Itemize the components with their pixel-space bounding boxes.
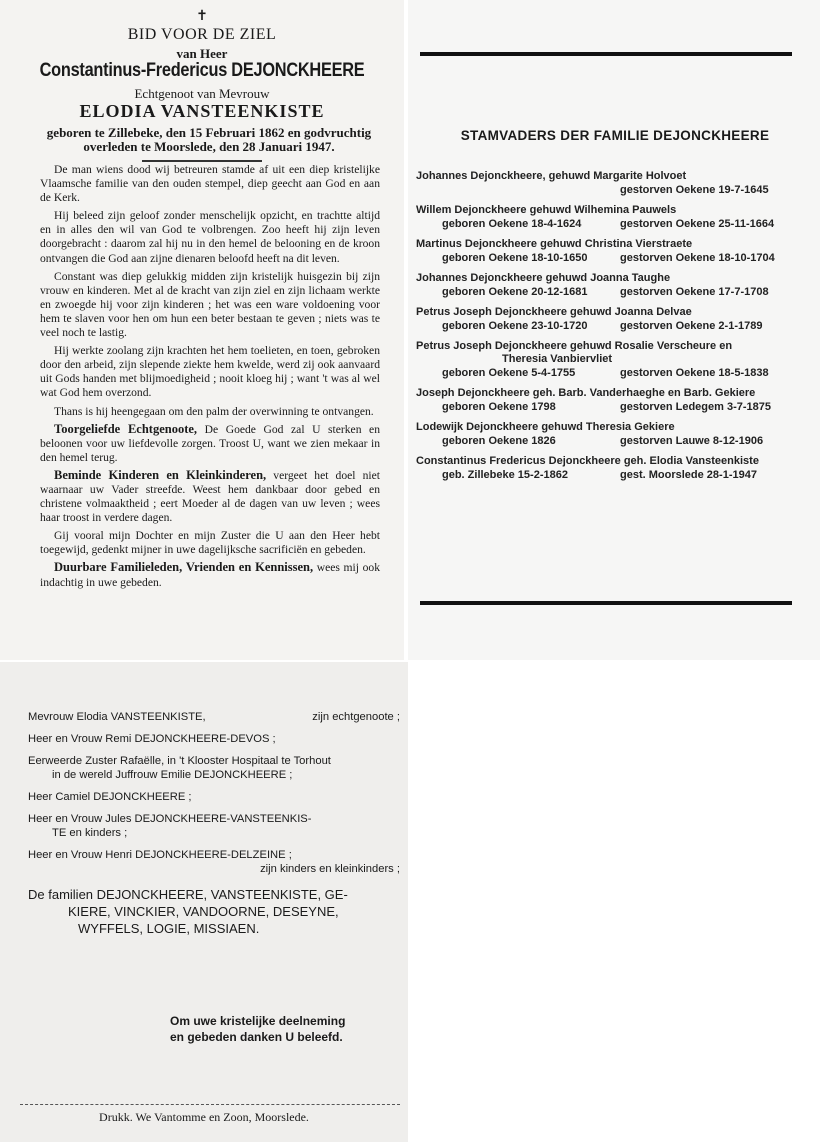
mourner-entry: Mevrouw Elodia VANSTEENKISTE,zijn echtge… [28,710,400,724]
deceased-name: Constantinus-Fredericus DEJONCKHEERE [28,60,375,82]
paragraph: Thans is hij heengegaan om den palm der … [40,404,380,419]
paragraph: Hij beleed zijn geloof zonder menschelij… [40,208,380,265]
generation-entry: Constantinus Fredericus Dejonckheere geh… [416,455,806,482]
generation-entry: Lodewijk Dejonckheere gehuwd Theresia Ge… [416,421,806,448]
mourner-entry: Eerweerde Zuster Rafaëlle, in 't Klooste… [28,754,400,782]
paragraph: Hij werkte zoolang zijn krachten het hem… [40,343,380,400]
generation-entry: Johannes Dejonckheere, gehuwd Margarite … [416,170,806,197]
children-note: zijn kinders en kleinkinders ; [28,862,400,876]
prayer-heading: BID VOOR DE ZIEL [0,26,404,44]
generation-entry: Willem Dejonckheere gehuwd Wilhemina Pau… [416,204,806,231]
generation-list: Johannes Dejonckheere, gehuwd Margarite … [416,170,806,489]
spouse-prefix: Echtgenoot van Mevrouw [0,86,404,102]
paragraph: Beminde Kinderen en Kleinkinderen, verge… [40,468,380,525]
bottom-rule [420,601,792,605]
top-rule [420,52,792,56]
generation-entry: Martinus Dejonckheere gehuwd Christina V… [416,238,806,265]
mourners-list: Mevrouw Elodia VANSTEENKISTE,zijn echtge… [28,710,400,937]
thanks-message: Om uwe kristelijke deelneming en gebeden… [170,1013,396,1045]
mourner-entry: Heer Camiel DEJONCKHEERE ; [28,790,400,804]
footer-rule [20,1104,400,1105]
generation-entry: Johannes Dejonckheere gehuwd Joanna Taug… [416,272,806,299]
life-dates: geboren te Zillebeke, den 15 Februari 18… [34,126,384,154]
paragraph: Constant was diep gelukkig midden zijn k… [40,269,380,340]
genealogy-title: STAMVADERS DER FAMILIE DEJONCKHEERE [410,128,820,143]
mourner-entry: Heer en Vrouw Jules DEJONCKHEERE-VANSTEE… [28,812,400,840]
generation-entry: Petrus Joseph Dejonckheere gehuwd Joanna… [416,306,806,333]
printer-credit: Drukk. We Vantomme en Zoon, Moorslede. [0,1110,408,1125]
paragraph: Toorgeliefde Echtgenoote, De Goede God z… [40,422,380,465]
paragraph: De man wiens dood wij betreuren stamde a… [40,162,380,205]
families-list: De familien DEJONCKHEERE, VANSTEENKISTE,… [28,886,400,937]
eulogy-text: De man wiens dood wij betreuren stamde a… [40,162,380,593]
paragraph: Duurbare Familieleden, Vrienden en Kenni… [40,560,380,589]
mourner-entry: Heer en Vrouw Henri DEJONCKHEERE-DELZEIN… [28,848,400,862]
mourner-entry: Heer en Vrouw Remi DEJONCKHEERE-DEVOS ; [28,732,400,746]
paragraph: Gij vooral mijn Dochter en mijn Zuster d… [40,528,380,557]
cross-icon: ✝ [0,10,404,24]
generation-entry: Joseph Dejonckheere geh. Barb. Vanderhae… [416,387,806,414]
generation-entry: Petrus Joseph Dejonckheere gehuwd Rosali… [416,340,806,380]
spouse-name: ELODIA VANSTEENKISTE [0,101,404,122]
